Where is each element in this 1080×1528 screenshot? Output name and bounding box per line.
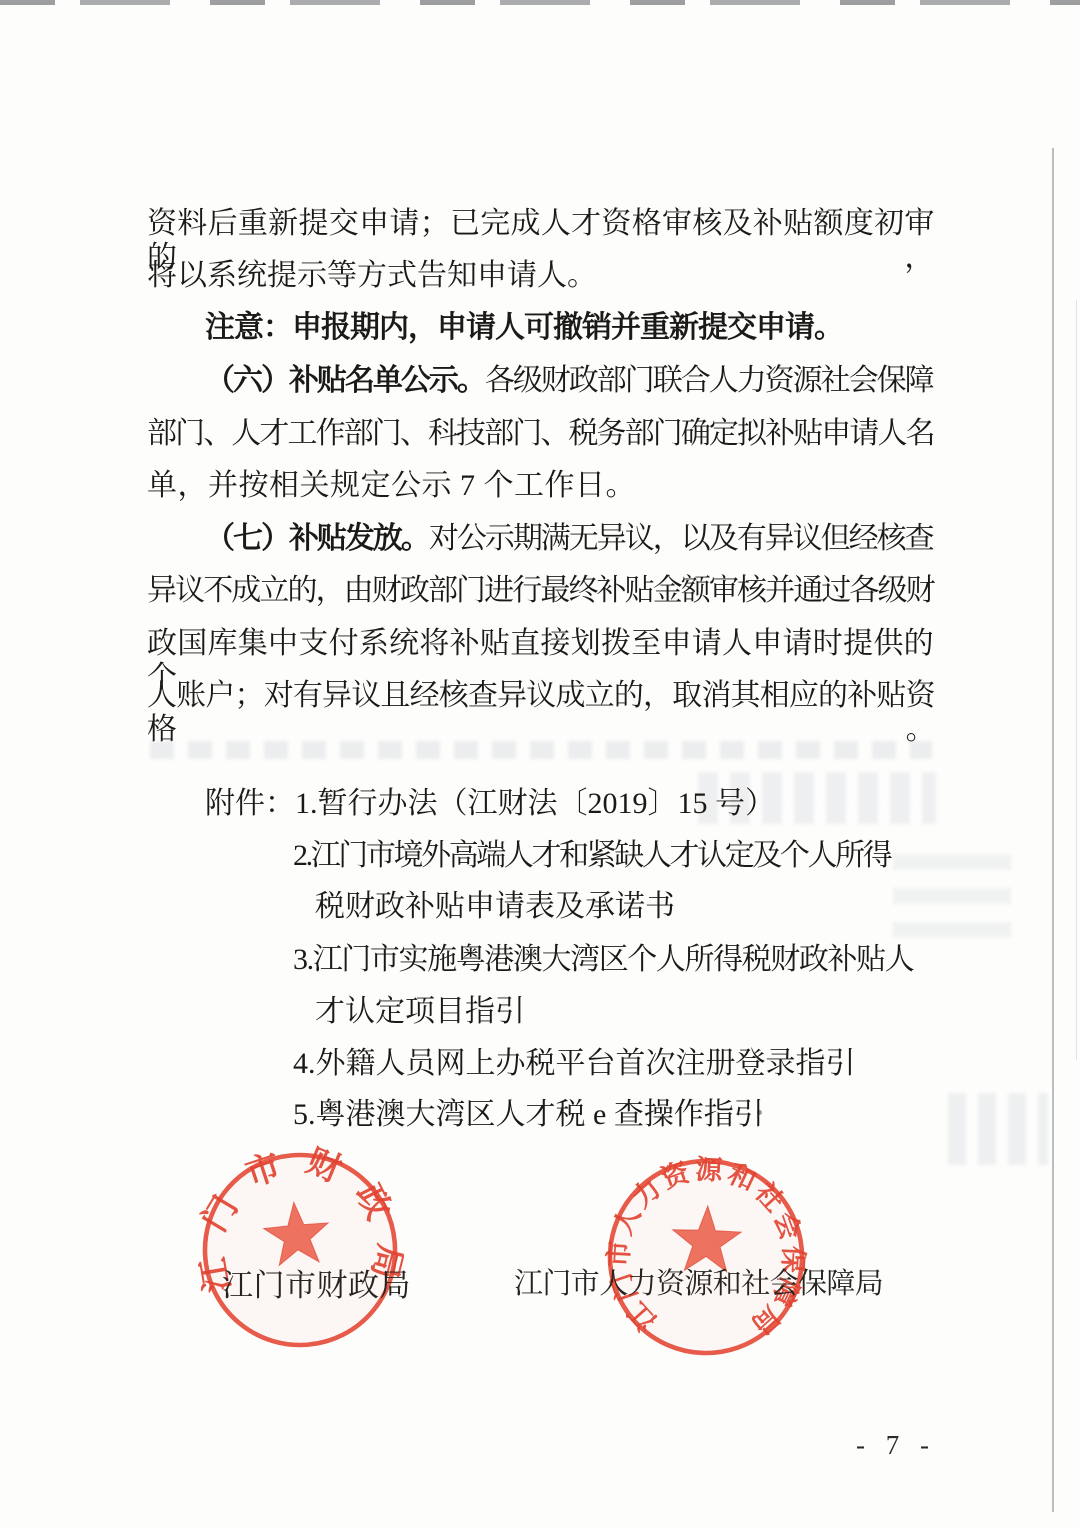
page-number: - 7 - bbox=[856, 1430, 936, 1461]
scan-edge-line bbox=[1052, 148, 1054, 1512]
attachment-line: 税财政补贴申请表及承诺书 bbox=[315, 890, 675, 924]
scanned-document-page: 资料后重新提交申请；已完成人才资格审核及补贴额度初审的， 将以系统提示等方式告知… bbox=[0, 0, 1080, 1528]
attachment-line: 才认定项目指引 bbox=[315, 995, 525, 1029]
attachment-line: 5.粤港澳大湾区人才税 e 查操作指引 bbox=[293, 1098, 764, 1132]
bleedthrough-smudge bbox=[893, 838, 1011, 938]
attachment-line: 4.外籍人员网上办税平台首次注册登录指引 bbox=[293, 1047, 856, 1081]
attachment-line: 3.江门市实施粤港澳大湾区个人所得税财政补贴人 bbox=[293, 943, 913, 977]
official-seal-finance-bureau: 江门市财政局 bbox=[188, 1138, 411, 1361]
official-seal-hr-social-security-bureau: 江门市人力资源和社会保障局 bbox=[598, 1149, 813, 1364]
bleedthrough-smudge bbox=[948, 1093, 1048, 1165]
text-line-note: 注意：申报期内，申请人可撤销并重新提交申请。 bbox=[205, 311, 843, 345]
text-line-section-6: （六）补贴名单公示。各级财政部门联合人力资源社会保障 bbox=[205, 364, 932, 398]
text-line-section-7: （七）补贴发放。对公示期满无异议，以及有异议但经核查 bbox=[205, 522, 932, 556]
signature-finance-bureau: 江门市财政局 bbox=[222, 1260, 411, 1305]
text-line: 将以系统提示等方式告知申请人。 bbox=[147, 259, 597, 293]
attachment-line: 附件：1.暂行办法（江财法〔2019〕15 号） bbox=[205, 787, 775, 821]
scan-artifact-top bbox=[0, 0, 1080, 5]
text-line: 异议不成立的，由财政部门进行最终补贴金额审核并通过各级财 bbox=[147, 574, 933, 608]
signature-hr-social-security-bureau: 江门市人力资源和社会保障局 bbox=[514, 1261, 883, 1302]
attachment-line: 2.江门市境外高端人才和紧缺人才认定及个人所得 bbox=[293, 839, 890, 873]
scan-edge-line-faint bbox=[1076, 300, 1077, 1060]
text-line: 单，并按相关规定公示 7 个工作日。 bbox=[147, 469, 636, 503]
text-line: 部门、人才工作部门、科技部门、税务部门确定拟补贴申请人名 bbox=[147, 417, 933, 451]
text-line: 人账户；对有异议且经核查异议成立的，取消其相应的补贴资格。 bbox=[147, 679, 933, 747]
